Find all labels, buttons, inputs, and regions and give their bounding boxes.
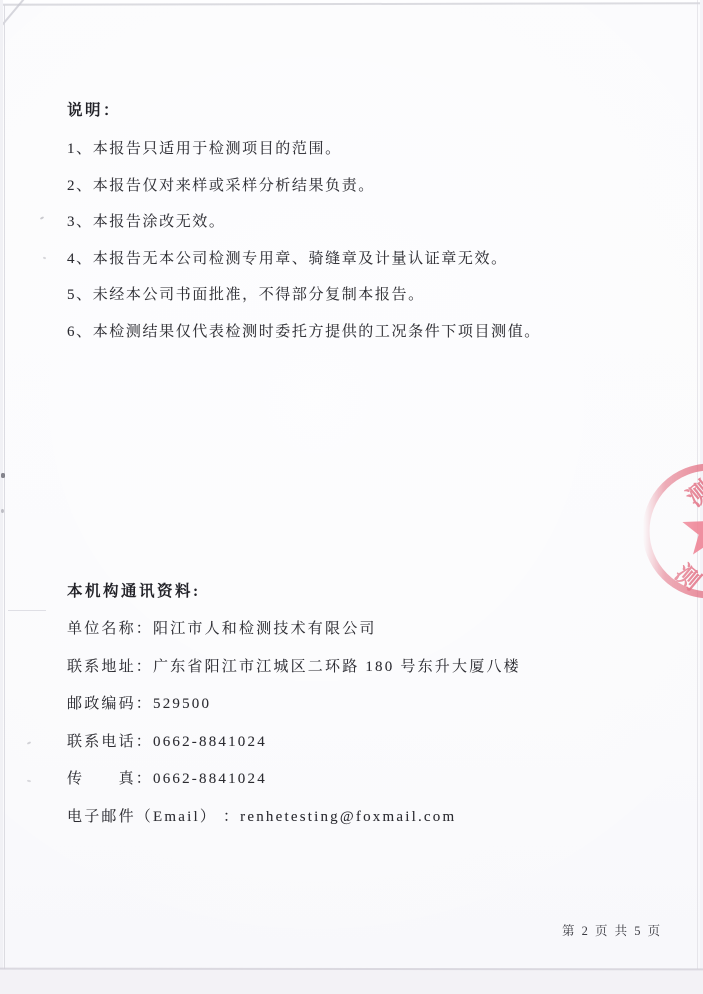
scan-speck [1,509,4,513]
scan-edge-bottom-line [0,967,703,969]
scan-edge-left-line [4,5,6,994]
note-item-2: 2、本报告仅对来样或采样分析结果负责。 [67,176,647,196]
page-number-indicator: 第 2 页 共 5 页 [562,921,662,939]
page-corner-fold [0,0,26,31]
contact-section: 本机构通讯资料: 单位名称：阳江市人和检测技术有限公司 联系地址：广东省阳江市江… [67,579,647,844]
scan-edge-left [0,0,3,994]
contact-line-postal-code: 邮政编码：529500 [67,694,647,715]
red-seal-stamp-graphic: 测 测 [640,459,703,605]
contact-line-company-name: 单位名称：阳江市人和检测技术有限公司 [67,619,647,640]
note-item-5: 5、未经本公司书面批准，不得部分复制本报告。 [67,285,647,305]
scan-speck [40,216,44,220]
contact-line-fax: 传 真：0662-8841024 [67,769,647,790]
scan-edge-bottom [0,969,703,994]
scan-speck [27,780,31,783]
contact-line-phone: 联系电话：0662-8841024 [67,732,647,753]
scan-speck [27,741,31,745]
scan-speck [43,257,47,260]
scanned-report-page: 说明： 1、本报告只适用于检测项目的范围。 2、本报告仅对来样或采样分析结果负责… [0,0,703,994]
notes-section: 说明： 1、本报告只适用于检测项目的范围。 2、本报告仅对来样或采样分析结果负责… [67,98,647,358]
contact-line-address: 联系地址：广东省阳江市江城区二环路 180 号东升大厦八楼 [67,657,647,678]
seal-glyph-top: 测 [682,476,703,512]
notes-heading: 说明： [67,98,647,120]
scan-scratch [8,610,46,611]
scan-edge-top [0,0,703,3]
scan-edge-top-line [0,2,703,5]
scan-speck [1,473,5,478]
contact-heading: 本机构通讯资料: [67,579,647,601]
note-item-3: 3、本报告涂改无效。 [67,212,647,232]
note-item-1: 1、本报告只适用于检测项目的范围。 [67,139,647,159]
contact-line-email: 电子邮件（Email） ：renhetesting@foxmail.com [67,807,647,828]
note-item-6: 6、本检测结果仅代表检测时委托方提供的工况条件下项目测值。 [67,322,647,342]
red-seal-stamp: 测 测 [640,459,703,605]
note-item-4: 4、本报告无本公司检测专用章、骑缝章及计量认证章无效。 [67,249,647,269]
